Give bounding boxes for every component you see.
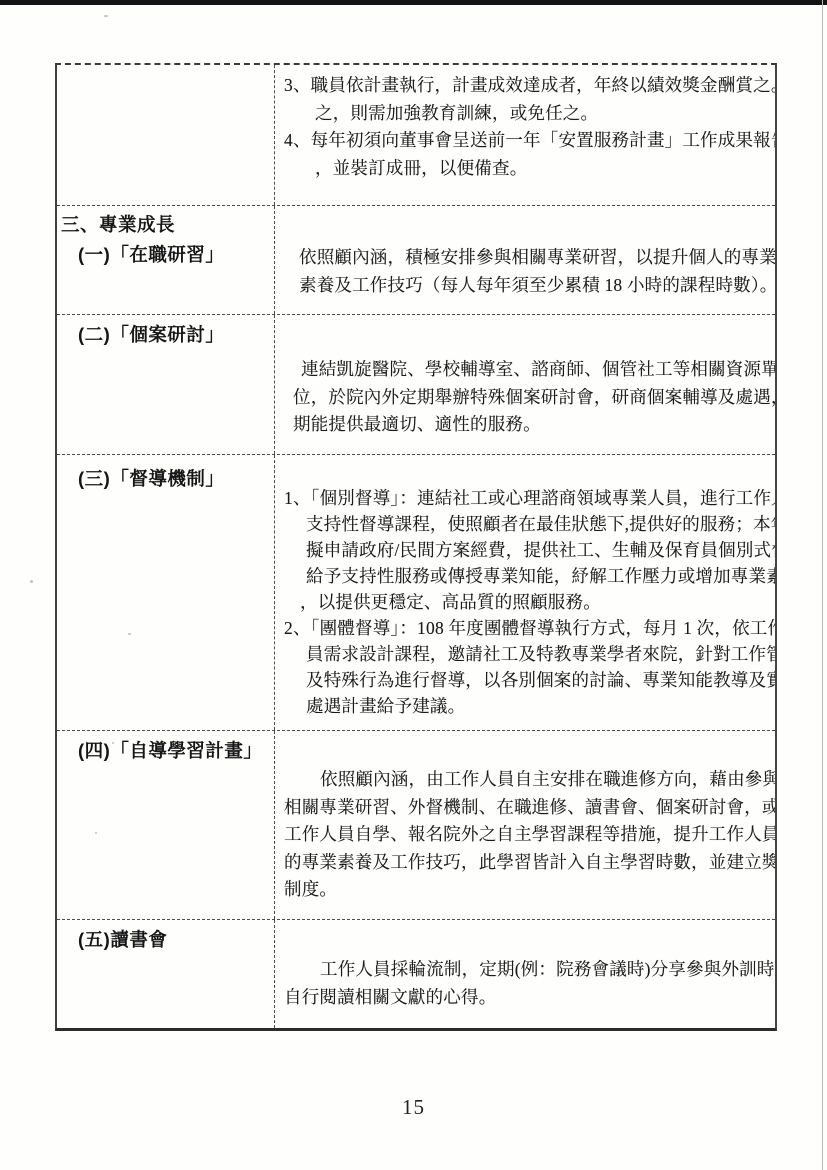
section-heading: 三、專業成長 bbox=[57, 210, 274, 240]
text-line: 4、每年初須向董事會呈送前一年「安置服務計畫」工作成果報告書 bbox=[284, 127, 773, 155]
text-line: 員需求設計課程，邀請社工及特教專業學者來院，針對工作管理 bbox=[306, 641, 773, 667]
text-line: 依照顧內涵，積極安排參與相關專業研習，以提升個人的專業 bbox=[299, 244, 773, 272]
text-line: 3、職員依計畫執行，計畫成效達成者，年終以績效獎金酬賞之。反 bbox=[284, 72, 773, 100]
document-page: 3、職員依計畫執行，計畫成效達成者，年終以績效獎金酬賞之。反 之，則需加強教育訓… bbox=[0, 0, 827, 1170]
subsection-heading: (二)「個案研討」 bbox=[57, 320, 274, 350]
text-line: 支持性督導課程，使照顧者在最佳狀態下,提供好的服務；本年度 bbox=[306, 511, 773, 537]
text-line: 素養及工作技巧（每人每年須至少累積 18 小時的課程時數）。 bbox=[299, 272, 773, 300]
text-line: 給予支持性服務或傳授專業知能，紓解工作壓力或增加專業素養 bbox=[306, 563, 773, 589]
table-row-continuation: 3、職員依計畫執行，計畫成效達成者，年終以績效獎金酬賞之。反 之，則需加強教育訓… bbox=[57, 65, 775, 205]
table-row-geanyantao: (二)「個案研討」 連結凱旋醫院、學校輔導室、諮商師、個管社工等相關資源單 位，… bbox=[57, 314, 775, 454]
text-line: 處遇計畫給予建議。 bbox=[306, 693, 773, 719]
text-line: 工作人員自學、報名院外之自主學習課程等措施，提升工作人員 bbox=[284, 821, 773, 849]
row-label-cell: (二)「個案研討」 bbox=[57, 315, 275, 454]
row-content-cell: 依照顧內涵，積極安排參與相關專業研習，以提升個人的專業 素養及工作技巧（每人每年… bbox=[275, 206, 775, 314]
row-label-cell: (四)「自導學習計畫」 bbox=[57, 731, 275, 919]
row-label-cell: (三)「督導機制」 bbox=[57, 455, 275, 730]
table-row-zaizhiyanxi: 三、專業成長 (一)「在職研習」 依照顧內涵，積極安排參與相關專業研習，以提升個… bbox=[57, 205, 775, 314]
text-line: 1、「個別督導」：連結社工或心理諮商領域專業人員，進行工作人員 bbox=[284, 485, 773, 511]
scan-edge-artifact-top bbox=[0, 0, 827, 5]
table-row-dudaojizhi: (三)「督導機制」 1、「個別督導」：連結社工或心理諮商領域專業人員，進行工作人… bbox=[57, 454, 775, 730]
text-line: 連結凱旋醫院、學校輔導室、諮商師、個管社工等相關資源單 bbox=[301, 356, 773, 384]
subsection-heading: (四)「自導學習計畫」 bbox=[57, 736, 274, 766]
text-line: 依照顧內涵，由工作人員自主安排在職進修方向，藉由參與 bbox=[320, 766, 773, 794]
text-line: 工作人員採輪流制，定期(例：院務會議時)分享參與外訓時或 bbox=[320, 956, 773, 984]
table-row-dushuhui: (五)讀書會 工作人員採輪流制，定期(例：院務會議時)分享參與外訓時或 自行閱讀… bbox=[57, 919, 775, 1028]
subsection-heading: (三)「督導機制」 bbox=[57, 464, 274, 494]
plan-table: 3、職員依計畫執行，計畫成效達成者，年終以績效獎金酬賞之。反 之，則需加強教育訓… bbox=[55, 63, 777, 1031]
subsection-heading: (五)讀書會 bbox=[57, 925, 274, 955]
row-label-cell: (五)讀書會 bbox=[57, 920, 275, 1028]
page-number: 15 bbox=[0, 1095, 827, 1120]
text-line: ，並裝訂成冊，以便備查。 bbox=[315, 155, 773, 183]
text-line: 制度。 bbox=[284, 876, 773, 904]
scan-edge-artifact-right bbox=[822, 0, 823, 1170]
row-content-cell: 工作人員採輪流制，定期(例：院務會議時)分享參與外訓時或 自行閱讀相關文獻的心得… bbox=[275, 920, 775, 1028]
row-content-cell: 依照顧內涵，由工作人員自主安排在職進修方向，藉由參與 相關專業研習、外督機制、在… bbox=[275, 731, 775, 919]
text-line: 的專業素養及工作技巧，此學習皆計入自主學習時數，並建立獎勵 bbox=[284, 849, 773, 877]
row-content-cell: 3、職員依計畫執行，計畫成效達成者，年終以績效獎金酬賞之。反 之，則需加強教育訓… bbox=[275, 65, 775, 205]
text-line: 自行閱讀相關文獻的心得。 bbox=[284, 984, 773, 1012]
text-line: 相關專業研習、外督機制、在職進修、讀書會、個案研討會，或 bbox=[284, 794, 773, 822]
text-line: 及特殊行為進行督導，以各別個案的討論、專業知能教導及實務 bbox=[306, 667, 773, 693]
text-line: 擬申請政府/民間方案經費，提供社工、生輔及保育員個別式督導， bbox=[306, 537, 773, 563]
scan-speck bbox=[30, 580, 33, 583]
subsection-heading: (一)「在職研習」 bbox=[57, 240, 274, 270]
text-line: 位，於院內外定期舉辦特殊個案研討會，研商個案輔導及處遇， bbox=[293, 384, 773, 412]
row-content-cell: 連結凱旋醫院、學校輔導室、諮商師、個管社工等相關資源單 位，於院內外定期舉辦特殊… bbox=[275, 315, 775, 454]
text-line: 期能提供最適切、適性的服務。 bbox=[293, 411, 773, 439]
row-label-cell: 三、專業成長 (一)「在職研習」 bbox=[57, 206, 275, 314]
text-line: 之，則需加強教育訓練，或免任之。 bbox=[315, 100, 773, 128]
table-row-zidaoxuexijihua: (四)「自導學習計畫」 依照顧內涵，由工作人員自主安排在職進修方向，藉由參與 相… bbox=[57, 730, 775, 919]
scan-speck bbox=[104, 15, 108, 17]
row-label-cell bbox=[57, 65, 275, 205]
text-line: 2、「團體督導」：108 年度團體督導執行方式，每月 1 次，依工作人 bbox=[284, 615, 773, 641]
row-content-cell: 1、「個別督導」：連結社工或心理諮商領域專業人員，進行工作人員 支持性督導課程，… bbox=[275, 455, 775, 730]
text-line: ，以提供更穩定、高品質的照顧服務。 bbox=[300, 589, 773, 615]
